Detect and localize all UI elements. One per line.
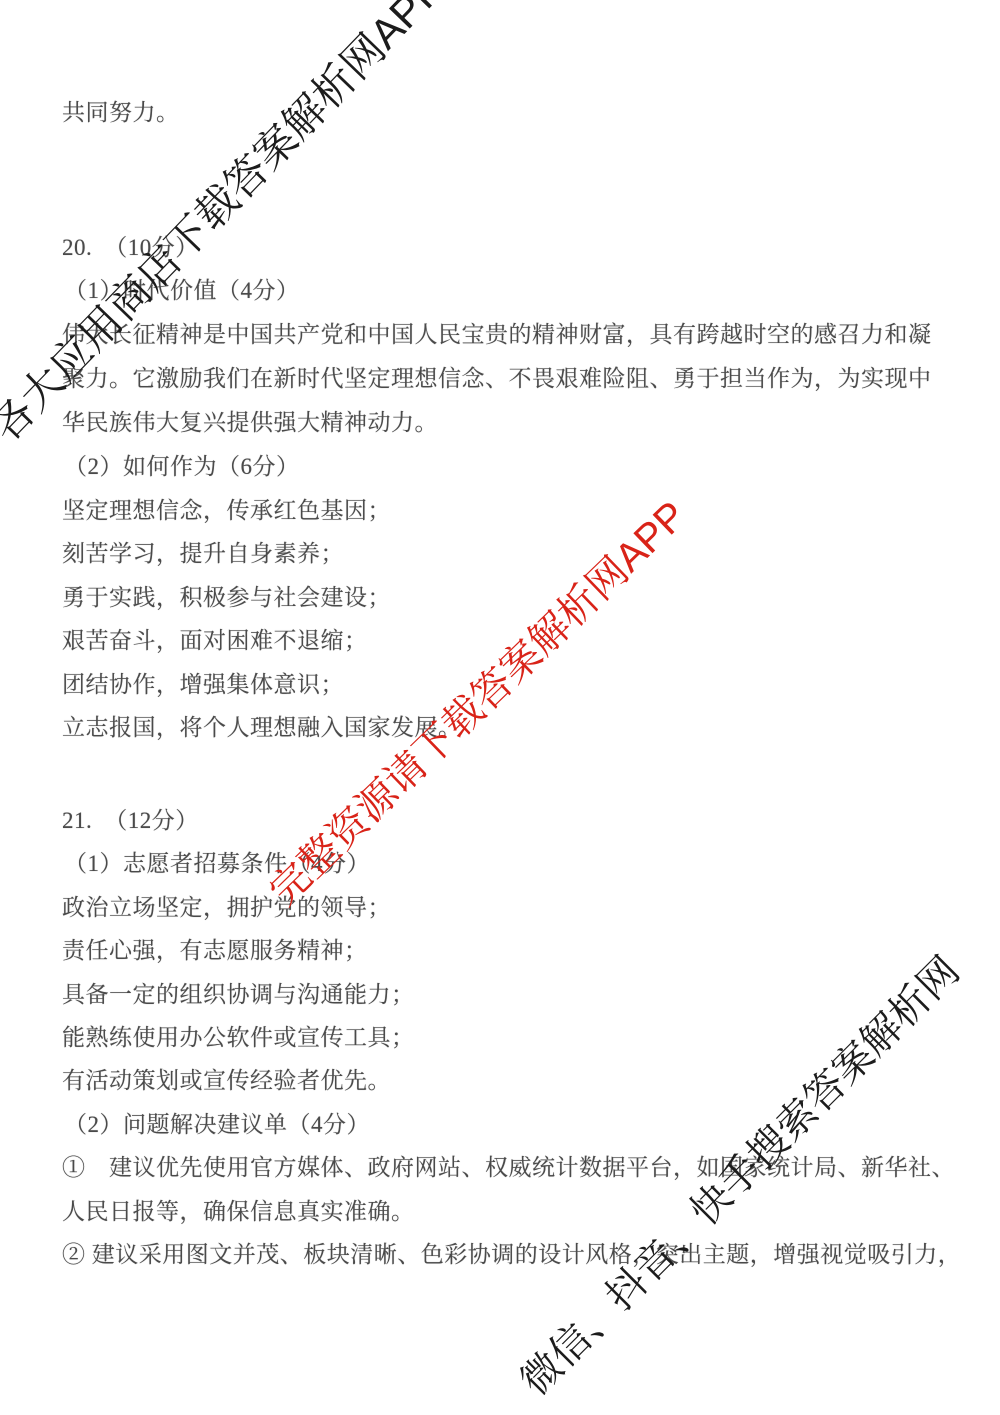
section-heading: （2）问题解决建议单（4分） (64, 1110, 370, 1140)
answer-line: 政治立场坚定，拥护党的领导； (62, 893, 391, 923)
answer-line: 具备一定的组织协调与沟通能力； (62, 980, 415, 1010)
answer-line: 伟大长征精神是中国共产党和中国人民宝贵的精神财富，具有跨越时空的感召力和凝 (62, 320, 932, 350)
answer-line: 坚定理想信念，传承红色基因； (62, 496, 391, 526)
answer-line: 勇于实践，积极参与社会建设； (62, 583, 391, 613)
answer-line: 能熟练使用办公软件或宣传工具； (62, 1023, 415, 1053)
answer-line: ② 建议采用图文并茂、板块清晰、色彩协调的设计风格，突出主题，增强视觉吸引力， (62, 1240, 961, 1270)
answer-line: 聚力。它激励我们在新时代坚定理想信念、不畏艰难险阻、勇于担当作为，为实现中 (62, 364, 932, 394)
question-number-21: 21. （12分） (62, 806, 199, 836)
answer-line: 有活动策划或宣传经验者优先。 (62, 1066, 391, 1096)
answer-line: 共同努力。 (62, 98, 180, 128)
answer-line: 人民日报等，确保信息真实准确。 (62, 1197, 415, 1227)
answer-line: 责任心强，有志愿服务精神； (62, 936, 368, 966)
answer-line: ① 建议优先使用官方媒体、政府网站、权威统计数据平台，如国家统计局、新华社、 (62, 1153, 955, 1183)
scanned-answer-page: 共同努力。 20. （10分） （1）时代价值（4分） 伟大长征精神是中国共产党… (0, 0, 1000, 1415)
answer-line: 华民族伟大复兴提供强大精神动力。 (62, 408, 438, 438)
section-heading: （2）如何作为（6分） (64, 452, 300, 482)
answer-line: 刻苦学习，提升自身素养； (62, 539, 344, 569)
answer-line: 艰苦奋斗，面对困难不退缩； (62, 626, 368, 656)
answer-line: 团结协作，增强集体意识； (62, 670, 344, 700)
